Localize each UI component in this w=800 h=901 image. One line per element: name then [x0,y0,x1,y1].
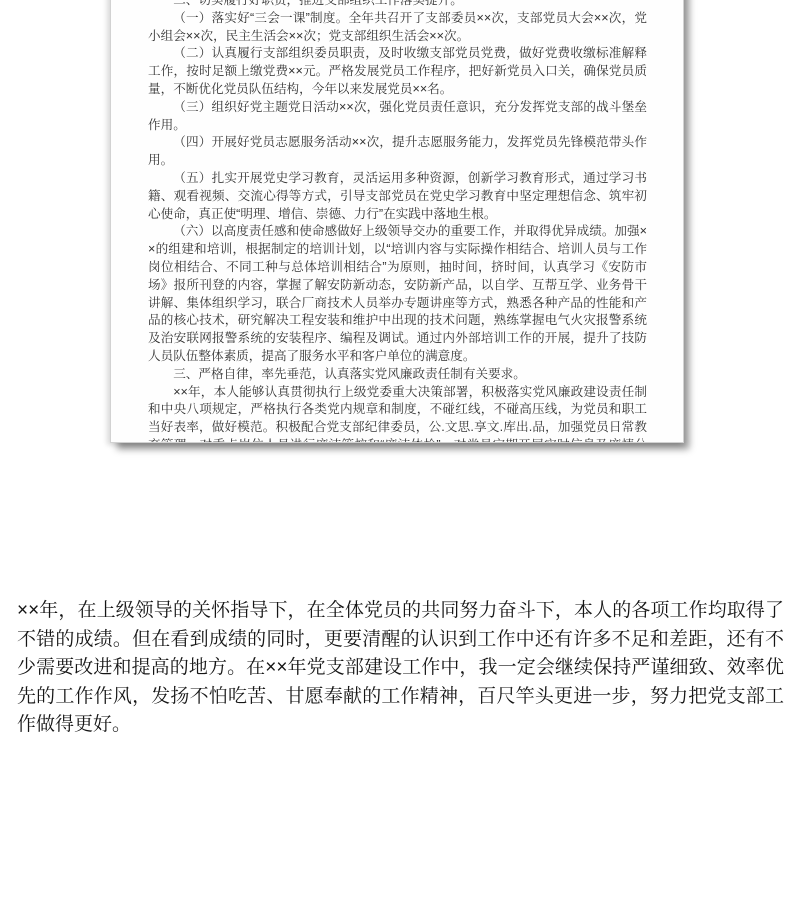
doc-section-heading: 二、切实履行好职责，推进支部组织工作落实提升。 [148,0,647,10]
doc-paragraph: （五）扎实开展党史学习教育，灵活运用多种资源，创新学习教育形式，通过学习书籍、观… [148,170,647,223]
doc-paragraph: （三）组织好党主题党日活动××次，强化党员责任意识，充分发挥党支部的战斗堡垒作用… [148,99,647,135]
doc-paragraph: （六）以高度责任感和使命感做好上级领导交办的重要工作，并取得优异成绩。加强××的… [148,223,647,365]
conclusion-paragraph: ××年，在上级领导的关怀指导下，在全体党员的共同努力奋斗下，本人的各项工作均取得… [17,597,784,740]
doc-section-heading: 三、严格自律，率先垂范，认真落实党风廉政责任制有关要求。 [148,366,647,384]
doc-paragraph: ××年，本人能够认真贯彻执行上级党委重大决策部署，积极落实党风廉政建设责任制和中… [148,384,647,443]
document-page: 二、切实履行好职责，推进支部组织工作落实提升。 （一）落实好“三会一课”制度。全… [110,0,684,443]
doc-paragraph: （一）落实好“三会一课”制度。全年共召开了支部委员××次，支部党员大会××次，党… [148,10,647,46]
doc-paragraph: （四）开展好党员志愿服务活动××次，提升志愿服务能力，发挥党员先锋模范带头作用。 [148,134,647,170]
doc-paragraph: （二）认真履行支部组织委员职责，及时收缴支部党员党费，做好党费收缴标准解释工作，… [148,45,647,98]
conclusion-section: ××年，在上级领导的关怀指导下，在全体党员的共同努力奋斗下，本人的各项工作均取得… [17,597,784,740]
